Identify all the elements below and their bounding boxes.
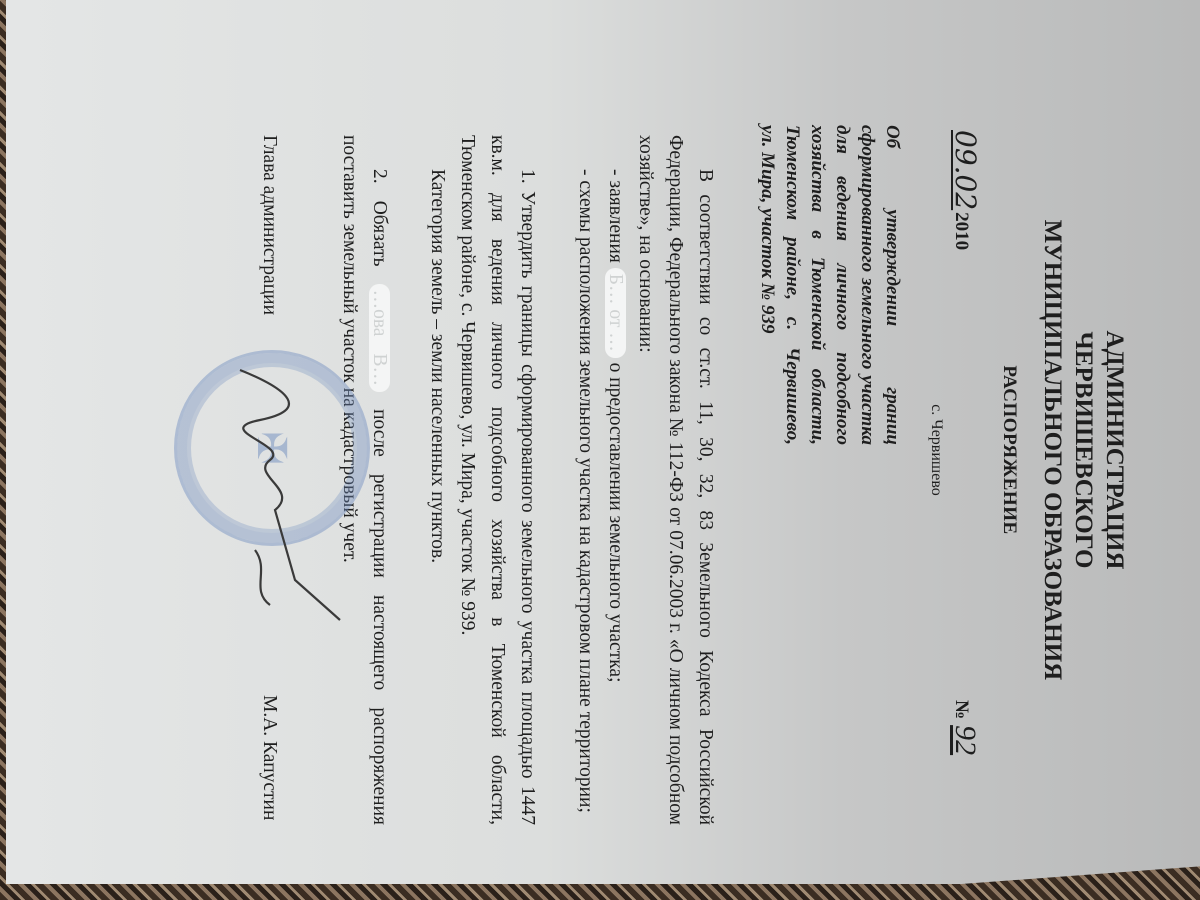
basis-1-start: - заявления (605, 169, 626, 263)
date-year: 2010 (951, 212, 972, 250)
subject-block: Об утверждении границ сформированного зе… (755, 125, 905, 445)
document-page: АДМИНИСТРАЦИЯ ЧЕРВИШЕВСКОГО МУНИЦИПАЛЬНО… (0, 0, 1200, 900)
document-date: 09.022010 (949, 130, 982, 250)
signatory-title: Глава администрации (259, 135, 280, 315)
item-2-start: 2. Обязать (369, 169, 390, 266)
handwritten-number: 92 (949, 725, 982, 755)
issuer-heading: АДМИНИСТРАЦИЯ ЧЕРВИШЕВСКОГО МУНИЦИПАЛЬНО… (1037, 0, 1130, 900)
subject-line: Тюменском районе, с. Червишево, (780, 125, 805, 445)
place-of-issue: с. Червишево (927, 0, 945, 900)
subject-line: Об утверждении границ (880, 125, 905, 445)
preamble: В соответствии со ст.ст. 11, 30, 32, 83 … (630, 135, 720, 825)
land-category: Категория земель – земли населенных пунк… (422, 135, 452, 825)
document-number: №92 (948, 700, 982, 755)
signature-icon (210, 350, 350, 650)
heading-line-2: ЧЕРВИШЕВСКОГО (1068, 0, 1099, 900)
handwritten-date: 09.02 (949, 130, 982, 210)
basis-item-2: - схемы расположения земельного участка … (570, 135, 600, 825)
redacted-applicant: Б… от … (605, 268, 626, 358)
subject-line: хозяйства в Тюменской области, (805, 125, 830, 445)
redacted-name: …ова В… (369, 284, 390, 392)
order-item-1: 1. Утвердить границы сформированного зем… (452, 135, 542, 825)
signatory-name: М.А. Капустин (258, 695, 280, 820)
subject-line: для ведения личного подсобного (830, 125, 855, 445)
document-body: В соответствии со ст.ст. 11, 30, 32, 83 … (334, 135, 720, 825)
subject-line: ул. Мира, участок № 939 (755, 125, 780, 445)
signature-block: Глава администрации М.А. Капустин (258, 135, 280, 835)
heading-line-3: МУНИЦИПАЛЬНОГО ОБРАЗОВАНИЯ (1037, 0, 1068, 900)
basis-1-end: о предоставлении земельного участка; (605, 363, 626, 683)
number-prefix: № (951, 700, 972, 719)
heading-line-1: АДМИНИСТРАЦИЯ (1099, 0, 1130, 900)
basis-item-1: - заявления Б… от … о предоставлении зем… (600, 135, 630, 825)
subject-line: сформированного земельного участка (855, 125, 880, 445)
document-type: РАСПОРЯЖЕНИЕ (998, 0, 1020, 900)
